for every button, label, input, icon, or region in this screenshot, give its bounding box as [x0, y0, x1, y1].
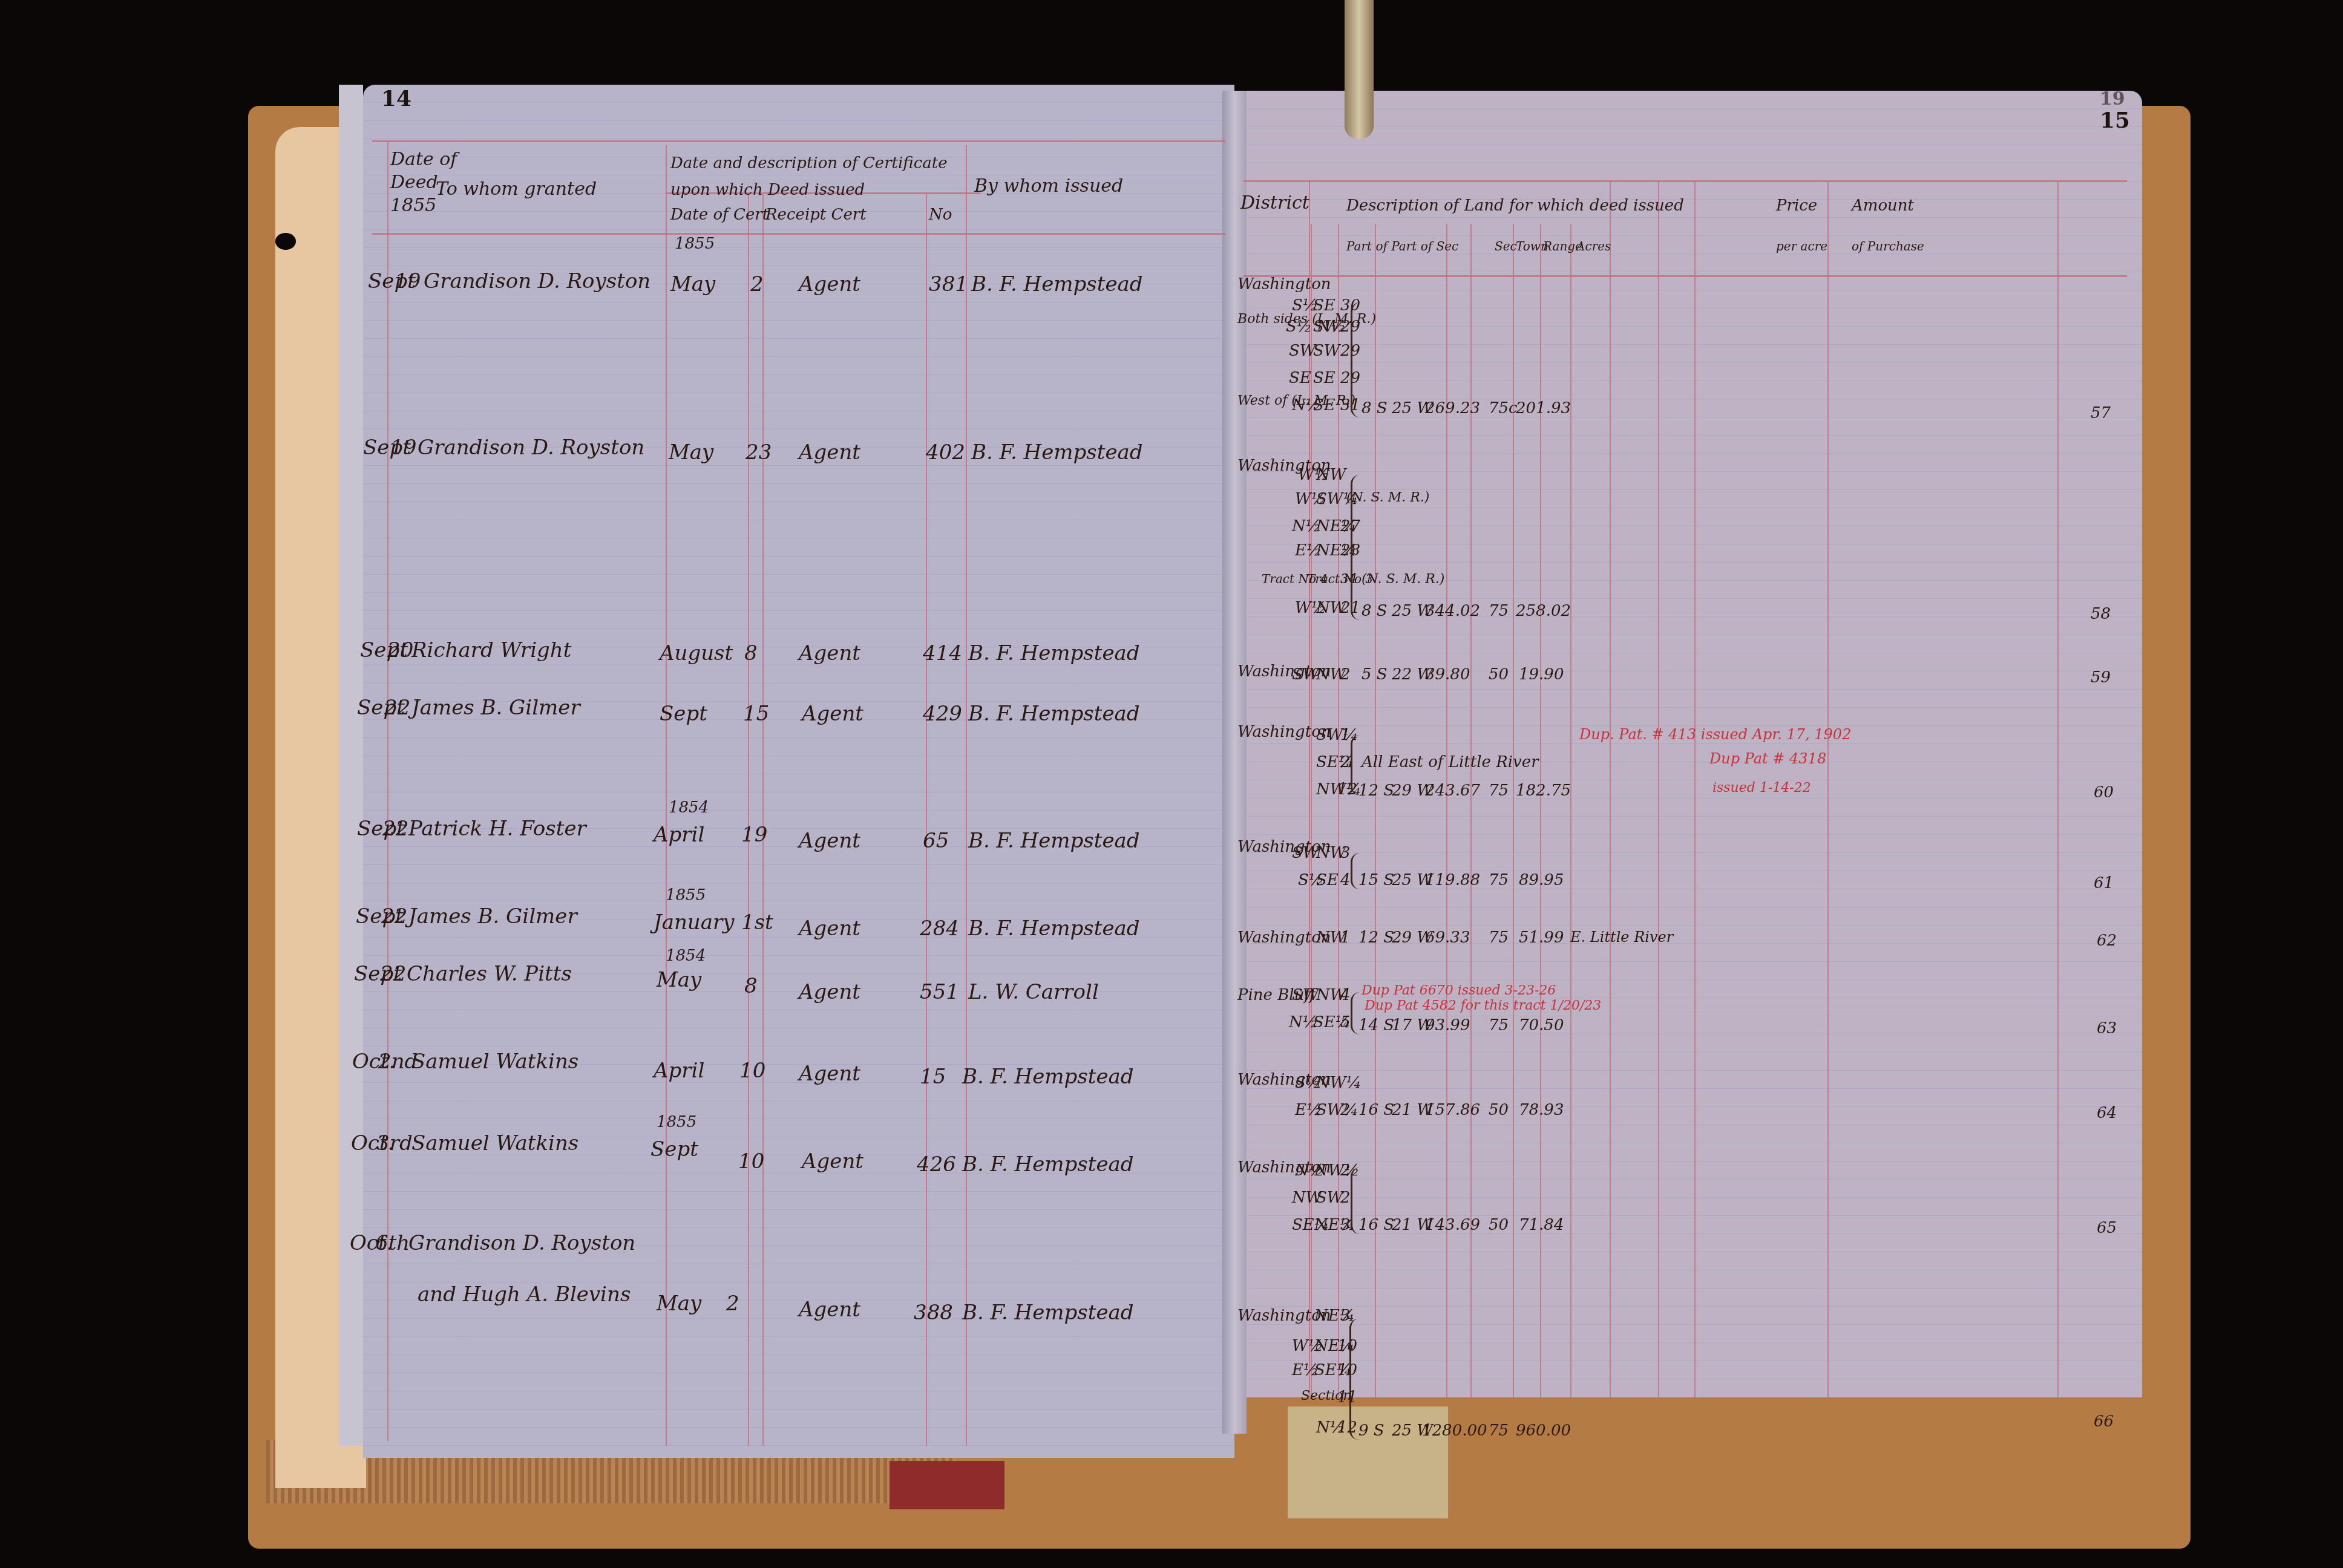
price: 75 — [1489, 782, 1509, 800]
red-annotation: Dup Pat 4582 for this tract 1/20/23 — [1365, 998, 1601, 1013]
town: 12 S — [1358, 929, 1394, 947]
red-annotation: Dup Pat # 4318 — [1709, 750, 1826, 767]
issued-by: L. W. Carroll — [968, 980, 1099, 1004]
receipt: Agent — [799, 980, 860, 1004]
red-annotation: Dup. Pat. # 413 issued Apr. 17, 1902 — [1579, 726, 1851, 743]
header-line: Date of — [390, 148, 457, 171]
acres: 119.88 — [1425, 871, 1480, 889]
red-annotation: issued 1-14-22 — [1712, 780, 1811, 795]
deed-day: 20 — [387, 638, 413, 662]
land-quarter: SW — [1313, 342, 1340, 360]
margin-number: 65 — [2097, 1219, 2117, 1237]
cert-month: May — [657, 1292, 701, 1316]
grantee: James B. Gilmer — [411, 696, 580, 720]
column-rule — [1694, 181, 1696, 1397]
town: 9 S — [1358, 1422, 1384, 1440]
cert-month: January — [654, 910, 734, 935]
receipt: Agent — [799, 440, 860, 465]
amount: 19.90 — [1519, 665, 1564, 684]
acres: 93.99 — [1425, 1016, 1470, 1034]
deed-day: 22 — [381, 904, 407, 929]
cert-no: 65 — [923, 829, 949, 853]
price: 75 — [1489, 929, 1509, 947]
margin-number: 59 — [2091, 668, 2111, 687]
town: 8 S — [1362, 602, 1388, 620]
grantee: Grandison D. Royston — [424, 269, 650, 293]
town: 16 S — [1358, 1216, 1394, 1234]
column-rule — [748, 194, 749, 1446]
rule-line — [372, 140, 1225, 142]
cert-month: April — [654, 823, 704, 847]
column-rule — [2057, 181, 2059, 1397]
acres: 157.86 — [1425, 1101, 1480, 1119]
land-sec: 2 — [1340, 1101, 1351, 1119]
remark: E. Little River — [1570, 929, 1673, 946]
receipt: Agent — [799, 641, 860, 665]
cert-no: 15 — [920, 1065, 946, 1089]
price: 50 — [1489, 1101, 1509, 1119]
margin-number: 57 — [2091, 404, 2111, 422]
cert-day: 8 — [744, 641, 758, 665]
land-part: SW — [1289, 342, 1316, 360]
land-sec: 2 — [1340, 1189, 1351, 1207]
cert-month: May — [657, 968, 701, 992]
rule-line — [1244, 275, 2127, 277]
land-quarter: SE — [1316, 871, 1339, 889]
cert-month: Sept — [660, 702, 707, 726]
header-by-whom-issued: By whom issued — [974, 175, 1123, 197]
rule-line — [1244, 180, 2127, 182]
issued-by: B. F. Hempstead — [968, 829, 1140, 853]
cert-day: 2 — [726, 1292, 739, 1316]
price: 50 — [1489, 1216, 1509, 1234]
rule-line — [372, 233, 1225, 235]
price: 75 — [1489, 1016, 1509, 1034]
header-price: Price — [1776, 197, 1817, 215]
acres: 69.33 — [1425, 929, 1470, 947]
cert-day: 23 — [745, 440, 772, 465]
receipt: Agent — [799, 829, 860, 853]
grantee: Samuel Watkins — [411, 1131, 578, 1155]
cert-day: 1st — [741, 910, 773, 935]
grantee: Grandison D. Royston — [408, 1231, 635, 1255]
town: 12 S — [1358, 782, 1394, 800]
cert-year: 1855 — [666, 886, 706, 904]
margin-number: 64 — [2097, 1104, 2117, 1122]
header-acres: Acres — [1576, 239, 1611, 253]
receipt: Agent — [799, 916, 860, 941]
grantee: Grandison D. Royston — [418, 436, 644, 460]
cert-day: 15 — [743, 702, 769, 726]
cert-year: 1854 — [666, 947, 706, 965]
receipt: Agent — [799, 1298, 860, 1322]
land-quarter: NW — [1316, 466, 1346, 484]
header-part-of-sec: Part of Part of Sec — [1346, 239, 1458, 253]
amount: 201.93 — [1516, 399, 1571, 417]
cert-month: August — [660, 641, 733, 665]
cert-no: 414 — [923, 641, 962, 665]
acres: 243.67 — [1425, 782, 1480, 800]
receipt: Agent — [799, 1062, 860, 1086]
deed-day: 22 — [384, 696, 410, 720]
town: 5 S — [1362, 665, 1388, 684]
bracket — [1351, 302, 1360, 417]
margin-number: 62 — [2097, 932, 2117, 950]
cert-day: 19 — [741, 823, 767, 847]
town: 8 S — [1362, 399, 1388, 417]
amount: 89.95 — [1519, 871, 1564, 889]
header-certificate-group: Date and description of Certificate upon… — [670, 150, 948, 203]
column-rule — [666, 145, 667, 1446]
cert-no: 429 — [923, 702, 962, 726]
ink-blot — [275, 233, 296, 250]
land-sec: 3 — [1340, 1307, 1351, 1325]
issued-by: B. F. Hempstead — [971, 440, 1143, 465]
grantee-line2: and Hugh A. Blevins — [418, 1282, 631, 1307]
amount: 182.75 — [1516, 782, 1571, 800]
header-land-group: Description of Land for which deed issue… — [1346, 197, 1684, 215]
cert-no: 426 — [917, 1152, 956, 1177]
page-number-left: 14 — [381, 86, 411, 111]
grantee: Samuel Watkins — [411, 1050, 578, 1074]
land-quarter: SE — [1313, 369, 1335, 387]
acres: 39.80 — [1425, 665, 1470, 684]
cert-year: 1854 — [669, 799, 709, 817]
amount: 71.84 — [1519, 1216, 1564, 1234]
amount: 51.99 — [1519, 929, 1564, 947]
page-number-right: 15 — [2100, 108, 2130, 133]
margin-number: 63 — [2097, 1019, 2117, 1037]
receipt: Agent — [799, 272, 860, 296]
cert-year: 1855 — [657, 1113, 696, 1131]
header-amount-of-purchase: of Purchase — [1852, 239, 1924, 253]
land-part: SW — [1292, 844, 1319, 862]
header-sec: Sec — [1495, 239, 1517, 253]
red-spine-label — [890, 1461, 1004, 1509]
deed-day: 22 — [380, 962, 406, 986]
district: Washington — [1237, 275, 1331, 293]
land-sec: 4 — [1340, 871, 1351, 889]
ledger-page-right: 15 19 — [1234, 91, 2142, 1397]
town: 16 S — [1358, 1101, 1394, 1119]
land-quarter: SE — [1313, 396, 1335, 414]
header-to-whom-granted: To whom granted — [436, 178, 597, 200]
column-rule — [966, 145, 967, 1446]
header-date-of-cert: Date of Cert — [670, 206, 768, 224]
margin-number: 66 — [2094, 1413, 2114, 1431]
cert-no: 381 — [929, 272, 968, 296]
deed-day: 22 — [382, 817, 408, 841]
acres: 143.69 — [1425, 1216, 1480, 1234]
cert-no: 551 — [920, 980, 959, 1004]
amount: 70.50 — [1519, 1016, 1564, 1034]
grantee: Patrick H. Foster — [408, 817, 586, 841]
land-sec: 5 — [1340, 1013, 1351, 1031]
price: 75 — [1489, 871, 1509, 889]
land-sec: 4 — [1340, 986, 1351, 1004]
header-no: No — [929, 206, 952, 224]
header-district: District — [1240, 192, 1309, 214]
deed-day: 19 — [395, 269, 421, 293]
amount: 258.02 — [1516, 602, 1571, 620]
bracket — [1349, 1319, 1358, 1440]
header-line: Date and description of Certificate — [670, 150, 948, 177]
town: 14 S — [1358, 1016, 1394, 1034]
land-sec: 3 — [1340, 1216, 1351, 1234]
header-price-per-acre: per acre — [1776, 239, 1827, 253]
issued-by: B. F. Hempstead — [962, 1065, 1134, 1089]
land-quarter: SW¼ — [1316, 1101, 1358, 1119]
issued-by: B. F. Hempstead — [962, 1301, 1134, 1325]
column-rule — [762, 194, 764, 1446]
grantee: Charles W. Pitts — [407, 962, 572, 986]
land-sec: 2 — [1340, 753, 1351, 771]
cert-no: 284 — [920, 916, 959, 941]
cert-month: May — [669, 440, 713, 465]
header-receipt-cert: Receipt Cert — [765, 206, 867, 224]
town: 15 S — [1358, 871, 1394, 889]
receipt: Agent — [802, 702, 863, 726]
cert-year: 1855 — [675, 235, 715, 253]
grantee: Richard Wright — [411, 638, 571, 662]
margin-number: 58 — [2091, 605, 2111, 623]
cert-day: 8 — [744, 974, 758, 998]
cert-day: 2 — [750, 272, 764, 296]
acres: 344.02 — [1425, 602, 1480, 620]
column-rule — [1309, 181, 1310, 1397]
land-part: SW — [1292, 665, 1319, 684]
margin-number: 60 — [2094, 783, 2114, 802]
land-part: SE — [1289, 369, 1311, 387]
land-note: All East of Little River — [1362, 753, 1539, 771]
header-line: upon which Deed issued — [670, 177, 948, 203]
column-rule — [1610, 181, 1611, 1397]
deed-day: 3rd — [376, 1131, 413, 1155]
issued-by: B. F. Hempstead — [968, 702, 1140, 726]
land-sec: 1 — [1340, 929, 1351, 947]
receipt: Agent — [802, 1149, 863, 1174]
land-sec: 2 — [1340, 665, 1351, 684]
land-quarter: SW — [1316, 1189, 1343, 1207]
cert-no: 388 — [914, 1301, 953, 1325]
column-rule — [1827, 181, 1829, 1397]
issued-by: B. F. Hempstead — [968, 641, 1140, 665]
cert-month: April — [654, 1059, 704, 1083]
column-rule — [1658, 181, 1659, 1397]
acres: 269.23 — [1425, 399, 1480, 417]
issued-by: B. F. Hempstead — [971, 272, 1143, 296]
price: 75 — [1489, 602, 1509, 620]
issued-by: B. F. Hempstead — [968, 916, 1140, 941]
page-weight-knife — [1345, 0, 1374, 139]
land-quarter: SW — [1313, 318, 1340, 336]
amount: 78.93 — [1519, 1101, 1564, 1119]
price: 75 — [1489, 1422, 1509, 1440]
price: 50 — [1489, 665, 1509, 684]
column-rule — [926, 194, 927, 1446]
grantee: James B. Gilmer — [408, 904, 577, 929]
land-quarter: SE — [1313, 296, 1335, 315]
acres: 1280.00 — [1422, 1422, 1487, 1440]
land-sec: 2 — [1340, 1161, 1351, 1180]
page-number-underlay: 19 — [2100, 88, 2125, 109]
price: 75c — [1489, 399, 1518, 417]
land-sec: 3 — [1340, 844, 1351, 862]
cert-day: 10 — [739, 1059, 765, 1083]
amount: 960.00 — [1516, 1422, 1571, 1440]
bracket — [1351, 475, 1360, 620]
cert-no: 402 — [926, 440, 965, 465]
deed-day: 6th — [375, 1231, 410, 1255]
header-amount: Amount — [1852, 197, 1914, 215]
land-part: SW — [1292, 986, 1319, 1004]
red-annotation: Dup Pat 6670 issued 3-23-26 — [1362, 983, 1556, 998]
land-sec: 1 — [1340, 726, 1351, 744]
cert-month: Sept — [650, 1137, 698, 1161]
deed-day: 19 — [390, 436, 416, 460]
issued-by: B. F. Hempstead — [962, 1152, 1134, 1177]
cert-month: May — [670, 272, 715, 296]
margin-number: 61 — [2094, 874, 2114, 892]
land-quarter: NW¼ — [1316, 1074, 1362, 1092]
cert-day: 10 — [738, 1149, 764, 1174]
